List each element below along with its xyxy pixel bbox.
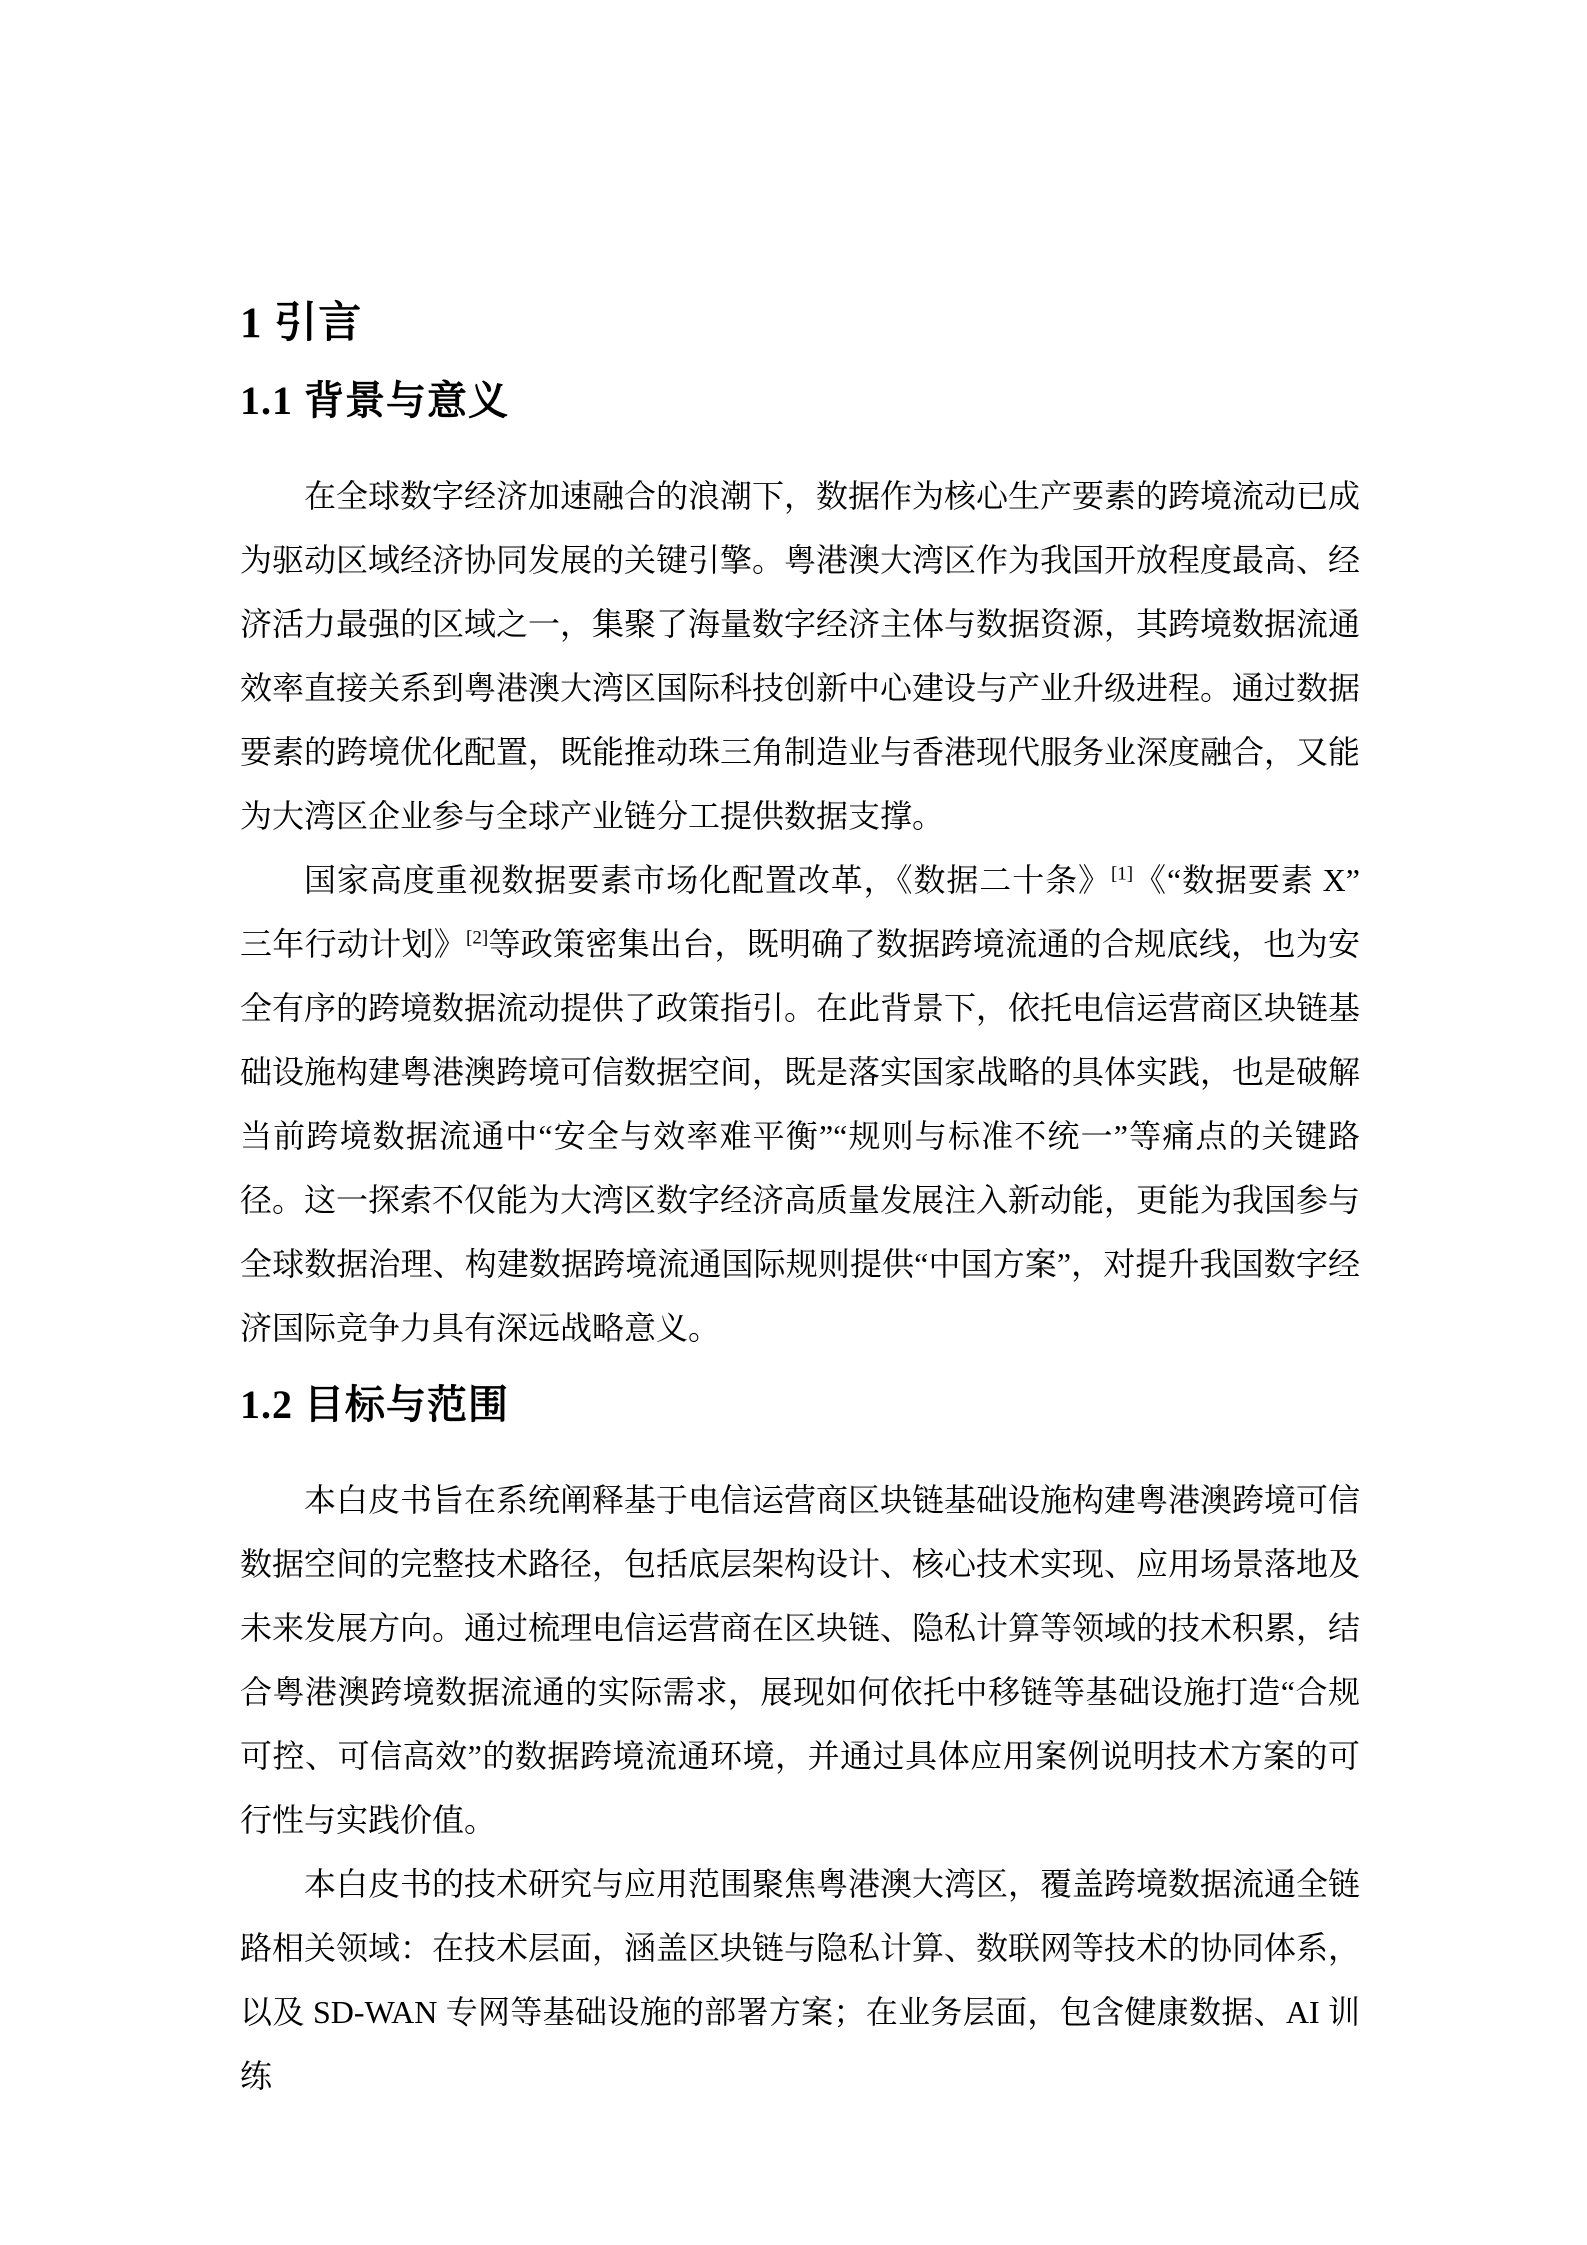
paragraph-background-2: 国家高度重视数据要素市场化配置改革，《数据二十条》[1]《“数据要素 X”三年行… <box>240 848 1360 1360</box>
paragraph-text-segment: 国家高度重视数据要素市场化配置改革，《数据二十条》 <box>304 862 1111 898</box>
paragraph-text-segment: 等政策密集出台，既明确了数据跨境流通的合规底线，也为安全有序的跨境数据流动提供了… <box>240 926 1360 1346</box>
section-heading-1-2: 1.2 目标与范围 <box>240 1382 1360 1428</box>
footnote-reference-1: [1] <box>1111 863 1133 884</box>
document-page: 1 引言 1.1 背景与意义 在全球数字经济加速融合的浪潮下，数据作为核心生产要… <box>0 0 1587 2245</box>
chapter-heading: 1 引言 <box>240 298 1360 350</box>
paragraph-background-1: 在全球数字经济加速融合的浪潮下，数据作为核心生产要素的跨境流动已成为驱动区域经济… <box>240 464 1360 848</box>
paragraph-scope-1: 本白皮书旨在系统阐释基于电信运营商区块链基础设施构建粤港澳跨境可信数据空间的完整… <box>240 1468 1360 1852</box>
document-content: 1 引言 1.1 背景与意义 在全球数字经济加速融合的浪潮下，数据作为核心生产要… <box>240 298 1360 2108</box>
footnote-reference-2: [2] <box>466 927 488 948</box>
section-heading-1-1: 1.1 背景与意义 <box>240 378 1360 424</box>
paragraph-scope-2: 本白皮书的技术研究与应用范围聚焦粤港澳大湾区，覆盖跨境数据流通全链路相关领域：在… <box>240 1852 1360 2108</box>
